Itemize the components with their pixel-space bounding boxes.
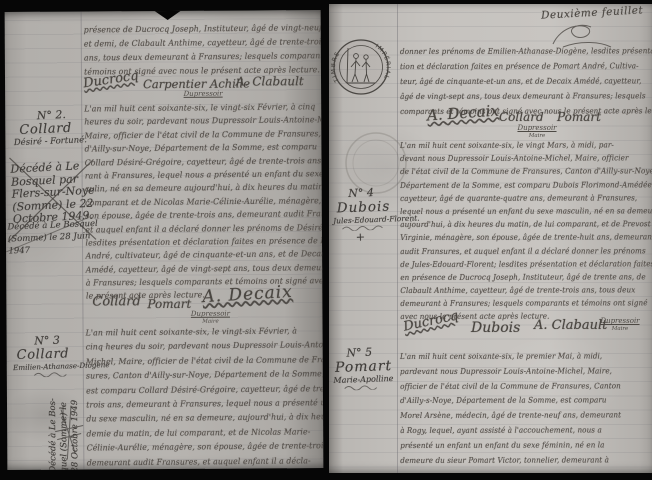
text-line: cayetteur, âgé de quarante-quatre ans, d… (400, 193, 630, 207)
text-line: L'an mil huit cent soixante-six, le prem… (400, 351, 630, 366)
signature-collard: Collard (499, 110, 544, 124)
text-line: de Jules-Edouard-Florent; lesdites prése… (400, 259, 630, 273)
text-line: audit Fransures, et auquel enfant il a d… (400, 246, 630, 260)
left-page: présence de Ducrocq Joseph, Instituteur,… (5, 10, 324, 470)
text-line: pardevant nous Dupressoir Louis-Antoine-… (400, 366, 630, 381)
act4-text: L'an mil huit cent soixante-six, le ving… (400, 140, 630, 325)
officer-name: Dupressoir (175, 91, 231, 99)
text-line: âgé de vingt-sept ans, tous deux demeura… (400, 91, 630, 107)
svg-text:IMPÉRIAL: IMPÉRIAL (374, 43, 391, 81)
officer-signature: Dupressoir Maire (591, 318, 649, 332)
margin-death-note-crossed: Décédé à LeBosquel parFlers-sur-Noye(Som… (10, 160, 96, 227)
text-line: d'Ailly-s-Noye, Département de la Somme,… (400, 396, 630, 411)
officer-name: Dupressoir (507, 125, 567, 133)
signature-clabault: A. Clabault (236, 74, 304, 88)
officer-title: Maire (507, 133, 567, 139)
text-line: Morel Arsène, médecin, âgé de trente-neu… (400, 411, 630, 426)
timbre-imperial-stamp: TIMBRE IMPÉRIAL (331, 36, 391, 98)
stamp-word-right: IMPÉRIAL (374, 43, 391, 81)
margin-record2-ref: N° 2. Collard Désiré - Fortuné. (13, 107, 88, 148)
text-line: de l'état civil de la Commune de Fransur… (400, 167, 630, 181)
signature-dubois: Dubois (471, 320, 520, 336)
record-firstnames: Jules-Edouard-Florent. (333, 213, 420, 225)
text-line: lequel nous a présenté un enfant du sexe… (400, 206, 630, 220)
margin-record3-ref: N° 3 Collard Emilien-Athanase-Diogène (12, 332, 110, 378)
text-line: Décédé à Le Bos- (48, 383, 60, 470)
officer-signature: Dupressoir Maire (182, 311, 238, 325)
text-line: demeurant audit Fransures, et auquel enf… (87, 455, 313, 470)
text-line: quel (Somme) le (59, 383, 71, 470)
record-firstnames: Désiré - Fortuné. (14, 135, 87, 148)
registry-scan: présence de Ducrocq Joseph, Instituteur,… (0, 0, 652, 480)
torn-notch (155, 11, 181, 20)
flourish-underline (33, 370, 67, 377)
act3-text-part1: L'an mil huit cent soixante-six, le ving… (86, 325, 313, 470)
text-line: devant nous Dupressoir Louis-Antoine-Mic… (400, 154, 630, 168)
margin-cross-mark: + (356, 228, 421, 243)
act5-text: L'an mil huit cent soixante-six, le prem… (400, 351, 630, 470)
margin-record5-ref: N° 5 Pomart Marie-Apolline (332, 345, 394, 391)
text-line: demeure du sieur Pomart Victor, tonnelie… (400, 455, 630, 470)
stamp-word-left: TIMBRE (331, 50, 342, 84)
text-line: donner les prénoms de Emilien-Athanase-D… (400, 46, 630, 62)
svg-text:TIMBRE: TIMBRE (331, 50, 342, 84)
right-page: Deuxième feuillet TIMBRE IMPÉRIAL (329, 4, 652, 473)
record-firstnames: Emilien-Athanase-Diogène (13, 360, 110, 372)
text-line: Clabault Anthime, cayetteur, âgé de tren… (400, 285, 630, 299)
text-line: officier de l'état civil de la Commune d… (400, 381, 630, 396)
sheet-header: Deuxième feuillet (541, 4, 644, 21)
stamp-figures (347, 48, 375, 83)
text-line: demeurant à Fransures; lesquels comparan… (400, 299, 630, 313)
signature-decaix: A. Decaix (202, 282, 293, 307)
officer-title: Maire (182, 318, 238, 324)
margin-death-note-1947: Décédé à Le Bosquel(Somme) le 28 Juin194… (7, 218, 99, 258)
officer-name: Dupressoir (182, 311, 238, 319)
text-line: aujourd'hui, à dix heures du matin, de l… (400, 219, 630, 233)
text-line: tion et déclaration faites en présence d… (400, 61, 630, 77)
text-line: Département de la Somme, est comparu Dub… (400, 180, 630, 194)
text-line: L'an mil huit cent soixante-six, le ving… (400, 140, 630, 154)
signature-pomart: Pomart (557, 110, 601, 124)
officer-signature: Dupressoir (175, 91, 231, 99)
officer-name: Dupressoir (591, 318, 649, 326)
text-line: présenté un enfant un enfant du sexe fém… (400, 440, 630, 455)
text-line: à Rogy, lequel, ayant assisté à l'accouc… (400, 425, 630, 440)
text-line: en présence de Ducrocq Joseph, Institute… (400, 272, 630, 286)
act2-text: L'an mil huit cent soixante-six, le ving… (84, 101, 312, 304)
officer-title: Maire (591, 326, 649, 332)
margin-death-note-vertical: Décédé à Le Bos-quel (Somme) le28 Octobr… (48, 382, 85, 469)
text-line: teur, âgé de cinquante-et-un ans, et de … (400, 76, 630, 92)
text-line: 28 Octobre 1949 (70, 383, 82, 470)
text-line: Virginie, ménagère, son épouse, âgée de … (400, 233, 630, 247)
signature-pomart: Pomart (147, 297, 191, 311)
signature-collard: Collard (92, 294, 140, 309)
record-firstnames: Marie-Apolline (333, 374, 393, 385)
margin-record4-ref: N° 4 Dubois Jules-Edouard-Florent. + (332, 185, 420, 245)
officer-signature: Dupressoir Maire (507, 125, 567, 139)
